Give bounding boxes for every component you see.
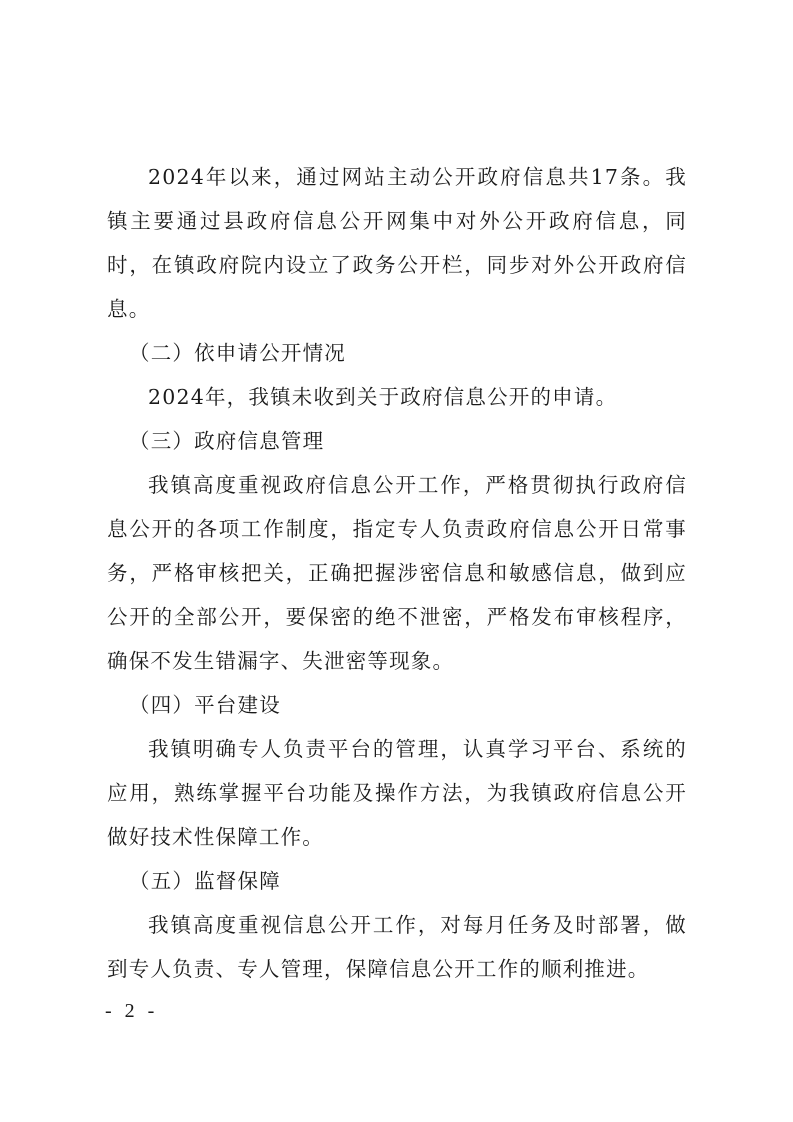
- section-heading-platform-construction: （四）平台建设: [107, 683, 687, 727]
- paragraph-supervision-guarantee: 我镇高度重视信息公开工作，对每月任务及时部署，做到专人负责、专人管理，保障信息公…: [107, 903, 687, 991]
- section-heading-application-disclosure: （二）依申请公开情况: [107, 331, 687, 375]
- section-heading-information-management: （三）政府信息管理: [107, 419, 687, 463]
- paragraph-application-disclosure: 2024年，我镇未收到关于政府信息公开的申请。: [107, 375, 687, 419]
- document-page: 2024年以来，通过网站主动公开政府信息共17条。我镇主要通过县政府信息公开网集…: [0, 0, 793, 1122]
- paragraph-information-management: 我镇高度重视政府信息公开工作，严格贯彻执行政府信息公开的各项工作制度，指定专人负…: [107, 463, 687, 683]
- section-heading-supervision-guarantee: （五）监督保障: [107, 859, 687, 903]
- page-number: - 2 -: [105, 1000, 158, 1023]
- paragraph-website-disclosure: 2024年以来，通过网站主动公开政府信息共17条。我镇主要通过县政府信息公开网集…: [107, 155, 687, 331]
- document-body: 2024年以来，通过网站主动公开政府信息共17条。我镇主要通过县政府信息公开网集…: [107, 155, 687, 991]
- paragraph-platform-construction: 我镇明确专人负责平台的管理，认真学习平台、系统的应用，熟练掌握平台功能及操作方法…: [107, 727, 687, 859]
